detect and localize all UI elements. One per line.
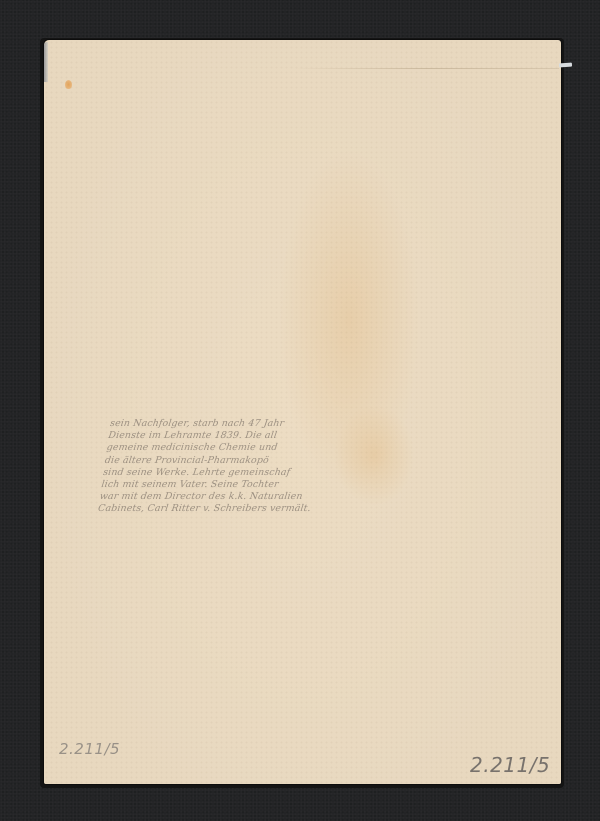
note-line: sein Nachfolger, starb nach 47 Jahr [109,418,381,430]
foxing-spot [65,80,72,89]
note-line: Cabinets, Carl Ritter v. Schreibers verm… [97,503,369,515]
note-line: sind seine Werke. Lehrte gemeinschaf [102,467,374,479]
paper-lifted-edge [44,42,48,82]
inventory-number-right: 2.211/5 [470,753,550,777]
handwritten-note: sein Nachfolger, starb nach 47 Jahr Dien… [97,418,381,516]
note-line: war mit dem Director des k.k. Naturalien [99,491,371,503]
document-sheet: sein Nachfolger, starb nach 47 Jahr Dien… [44,40,561,784]
paper-crease [294,68,559,69]
note-line: gemeine medicinische Chemie und [106,442,378,454]
note-line: die ältere Provincial-Pharmakopö [104,455,376,467]
note-line: lich mit seinem Vater. Seine Tochter [101,479,373,491]
inventory-number-left: 2.211/5 [59,740,120,758]
note-line: Dienste im Lehramte 1839. Die all [107,430,379,442]
